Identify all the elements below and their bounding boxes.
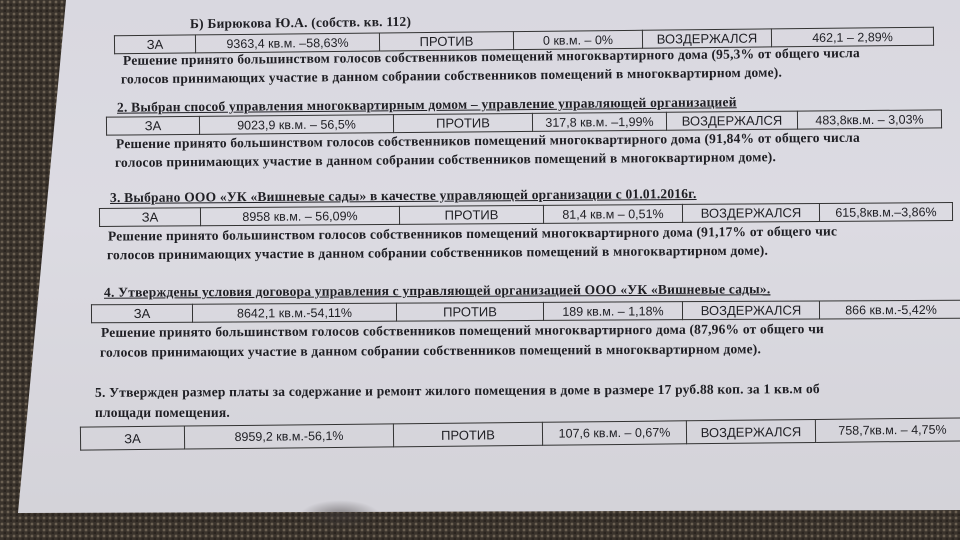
section-b-heading: Б) Бирюкова Ю.А. (собств. кв. 112) [190, 14, 411, 32]
abstain-value: 483,8кв.м. – 3,03% [797, 110, 941, 129]
against-value: 189 кв.м. – 1,18% [543, 302, 682, 321]
abstain-label: ВОЗДЕРЖАЛСЯ [686, 419, 815, 443]
for-label: ЗА [106, 116, 199, 135]
abstain-value: 758,7кв.м. – 4,75% [815, 418, 960, 443]
section-5-heading-line2: площади помещения. [95, 405, 230, 421]
for-label: ЗА [99, 208, 200, 227]
abstain-label: ВОЗДЕРЖАЛСЯ [666, 111, 797, 130]
for-value: 8958 кв.м. – 56,09% [200, 206, 399, 225]
shadow [300, 500, 380, 530]
against-label: ПРОТИВ [393, 422, 542, 447]
abstain-label: ВОЗДЕРЖАЛСЯ [682, 301, 819, 320]
for-value: 9023,9 кв.м. – 56,5% [199, 115, 393, 135]
abstain-label: ВОЗДЕРЖАЛСЯ [682, 203, 819, 222]
against-value: 107,6 кв.м. – 0,67% [542, 421, 686, 446]
against-label: ПРОТИВ [396, 302, 543, 321]
against-value: 317,8 кв.м. –1,99% [532, 112, 666, 131]
against-label: ПРОТИВ [393, 113, 532, 132]
against-value: 81,4 кв.м – 0,51% [543, 204, 682, 223]
abstain-value: 615,8кв.м.–3,86% [819, 203, 952, 222]
abstain-value: 462,1 – 2,89% [771, 27, 933, 47]
for-value: 8642,1 кв.м.-54,11% [192, 303, 396, 322]
for-label: ЗА [91, 304, 192, 323]
for-label: ЗА [114, 35, 195, 54]
against-label: ПРОТИВ [399, 205, 543, 224]
abstain-value: 866 кв.м.-5,42% [819, 300, 960, 319]
for-label: ЗА [80, 426, 184, 450]
for-value: 8959,2 кв.м.-56,1% [184, 424, 393, 449]
